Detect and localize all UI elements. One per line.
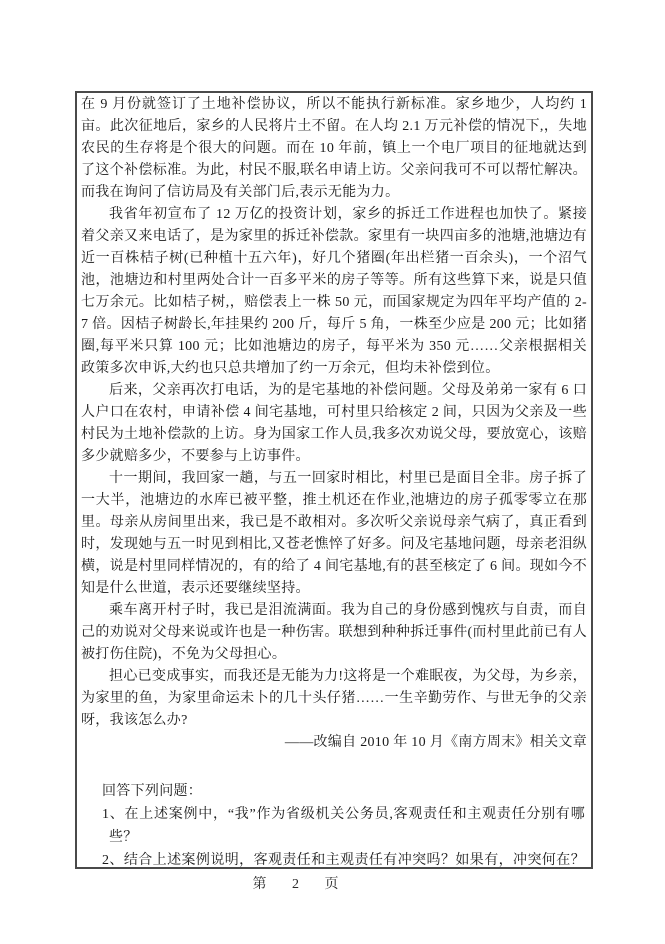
body-paragraph-3: 后来，父亲再次打电话，为的是宅基地的补偿问题。父母及弟弟一家有 6 口人户口在农… — [81, 380, 587, 468]
question-1: 1、在上述案例中，“我”作为省级机关公务员,客观责任和主观责任分别有哪些？ — [102, 803, 585, 849]
body-paragraph-5: 乘车离开村子时，我已是泪流满面。我为自己的身份感到愧疚与自责，而自己的劝说对父母… — [81, 600, 587, 666]
body-paragraph-6: 担心已变成事实，而我还是无能为力!这将是一个难眠夜，为父母，为乡亲，为家里的鱼，… — [81, 666, 587, 732]
document-page: 在 9 月份就签订了土地补偿协议，所以不能执行新标准。家乡地少，人均约 1 亩。… — [0, 0, 665, 944]
body-paragraph-2: 我省年初宣布了 12 万亿的投资计划，家乡的拆迁工作进程也加快了。紧接着父亲又来… — [81, 204, 587, 380]
page-number: 第 2 页 — [0, 873, 600, 893]
questions-section: 回答下列问题： 1、在上述案例中，“我”作为省级机关公务员,客观责任和主观责任分… — [81, 780, 587, 869]
question-2: 2、结合上述案例说明，客观责任和主观责任有冲突吗？如果有，冲突何在？应该通过何种… — [102, 849, 585, 869]
body-paragraph-1: 在 9 月份就签订了土地补偿协议，所以不能执行新标准。家乡地少，人均约 1 亩。… — [81, 94, 587, 204]
body-paragraph-4: 十一期间，我回家一趟，与五一回家时相比，村里已是面目全非。房子拆了一大半，池塘边… — [81, 468, 587, 600]
article-text-box: 在 9 月份就签订了土地补偿协议，所以不能执行新标准。家乡地少，人均约 1 亩。… — [75, 91, 593, 869]
source-attribution: ——改编自 2010 年 10 月《南方周末》相关文章 — [81, 732, 587, 754]
questions-heading: 回答下列问题： — [102, 780, 585, 803]
